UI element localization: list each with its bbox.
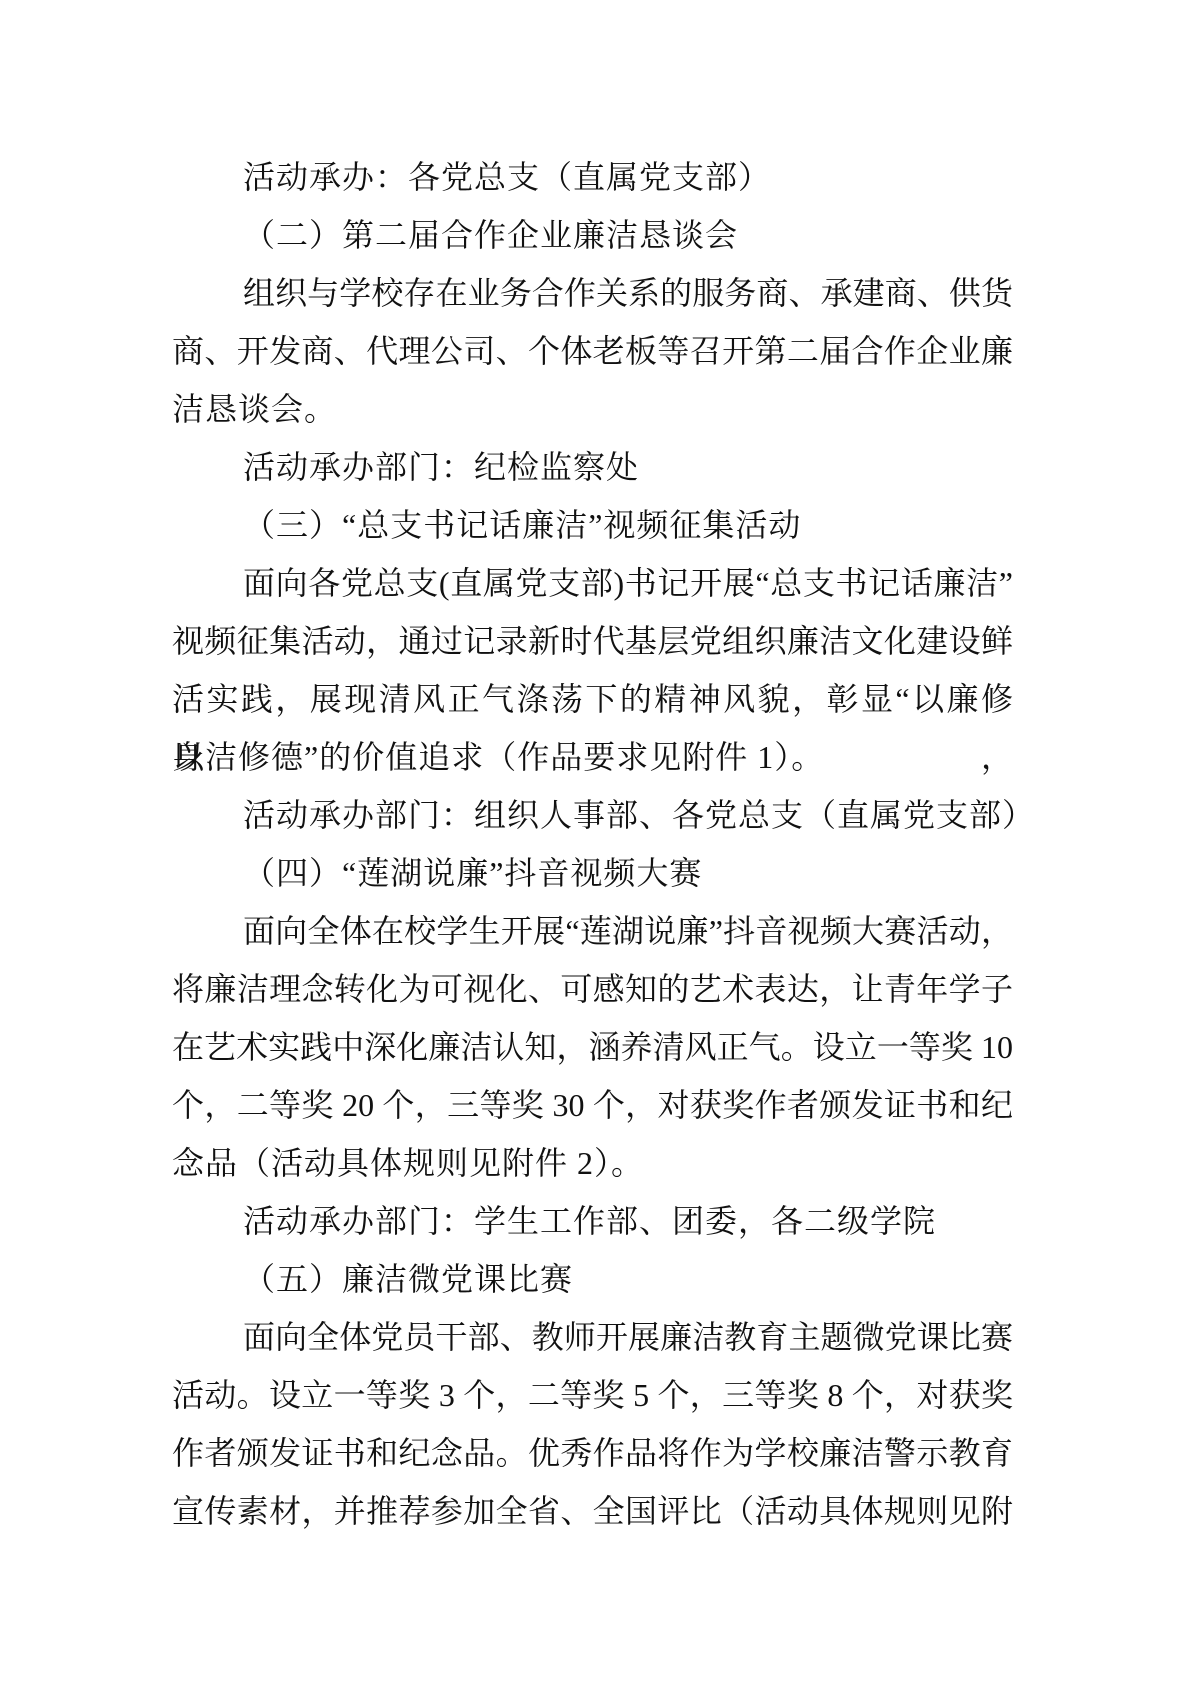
text-line: 活实践，展现清风正气涤荡下的精神风貌，彰显“以廉修身， xyxy=(172,670,1013,728)
text-line: 在艺术实践中深化廉洁认知，涵养清风正气。设立一等奖 10 xyxy=(172,1018,1013,1076)
text-line: 个，二等奖 20 个，三等奖 30 个，对获奖作者颁发证书和纪 xyxy=(172,1076,1013,1134)
text-line: 面向各党总支(直属党支部)书记开展“总支书记话廉洁” xyxy=(172,554,1013,612)
text-line: 宣传素材，并推荐参加全省、全国评比（活动具体规则见附 xyxy=(172,1482,1013,1540)
text-line: 活动承办部门：组织人事部、各党总支（直属党支部） xyxy=(172,786,1013,844)
section-heading-3: （三）“总支书记话廉洁”视频征集活动 xyxy=(172,496,1013,554)
text-line: 面向全体在校学生开展“莲湖说廉”抖音视频大赛活动， xyxy=(172,902,1013,960)
document-body: 活动承办：各党总支（直属党支部） （二）第二届合作企业廉洁恳谈会 组织与学校存在… xyxy=(172,148,1013,1540)
text-line: 作者颁发证书和纪念品。优秀作品将作为学校廉洁警示教育 xyxy=(172,1424,1013,1482)
text-line: 将廉洁理念转化为可视化、可感知的艺术表达，让青年学子 xyxy=(172,960,1013,1018)
text-line: 念品（活动具体规则见附件 2）。 xyxy=(172,1134,1013,1192)
text-line: 面向全体党员干部、教师开展廉洁教育主题微党课比赛 xyxy=(172,1308,1013,1366)
text-line: 洁恳谈会。 xyxy=(172,380,1013,438)
text-line: 组织与学校存在业务合作关系的服务商、承建商、供货 xyxy=(172,264,1013,322)
section-heading-5: （五）廉洁微党课比赛 xyxy=(172,1250,1013,1308)
text-line: 活动承办部门：纪检监察处 xyxy=(172,438,1013,496)
text-line: 活动承办：各党总支（直属党支部） xyxy=(172,148,1013,206)
text-line: 视频征集活动，通过记录新时代基层党组织廉洁文化建设鲜 xyxy=(172,612,1013,670)
text-line: 活动。设立一等奖 3 个，二等奖 5 个，三等奖 8 个，对获奖 xyxy=(172,1366,1013,1424)
document-page: 活动承办：各党总支（直属党支部） （二）第二届合作企业廉洁恳谈会 组织与学校存在… xyxy=(0,0,1191,1684)
section-heading-4: （四）“莲湖说廉”抖音视频大赛 xyxy=(172,844,1013,902)
section-heading-2: （二）第二届合作企业廉洁恳谈会 xyxy=(172,206,1013,264)
text-line: 活动承办部门：学生工作部、团委，各二级学院 xyxy=(172,1192,1013,1250)
text-line: 商、开发商、代理公司、个体老板等召开第二届合作企业廉 xyxy=(172,322,1013,380)
